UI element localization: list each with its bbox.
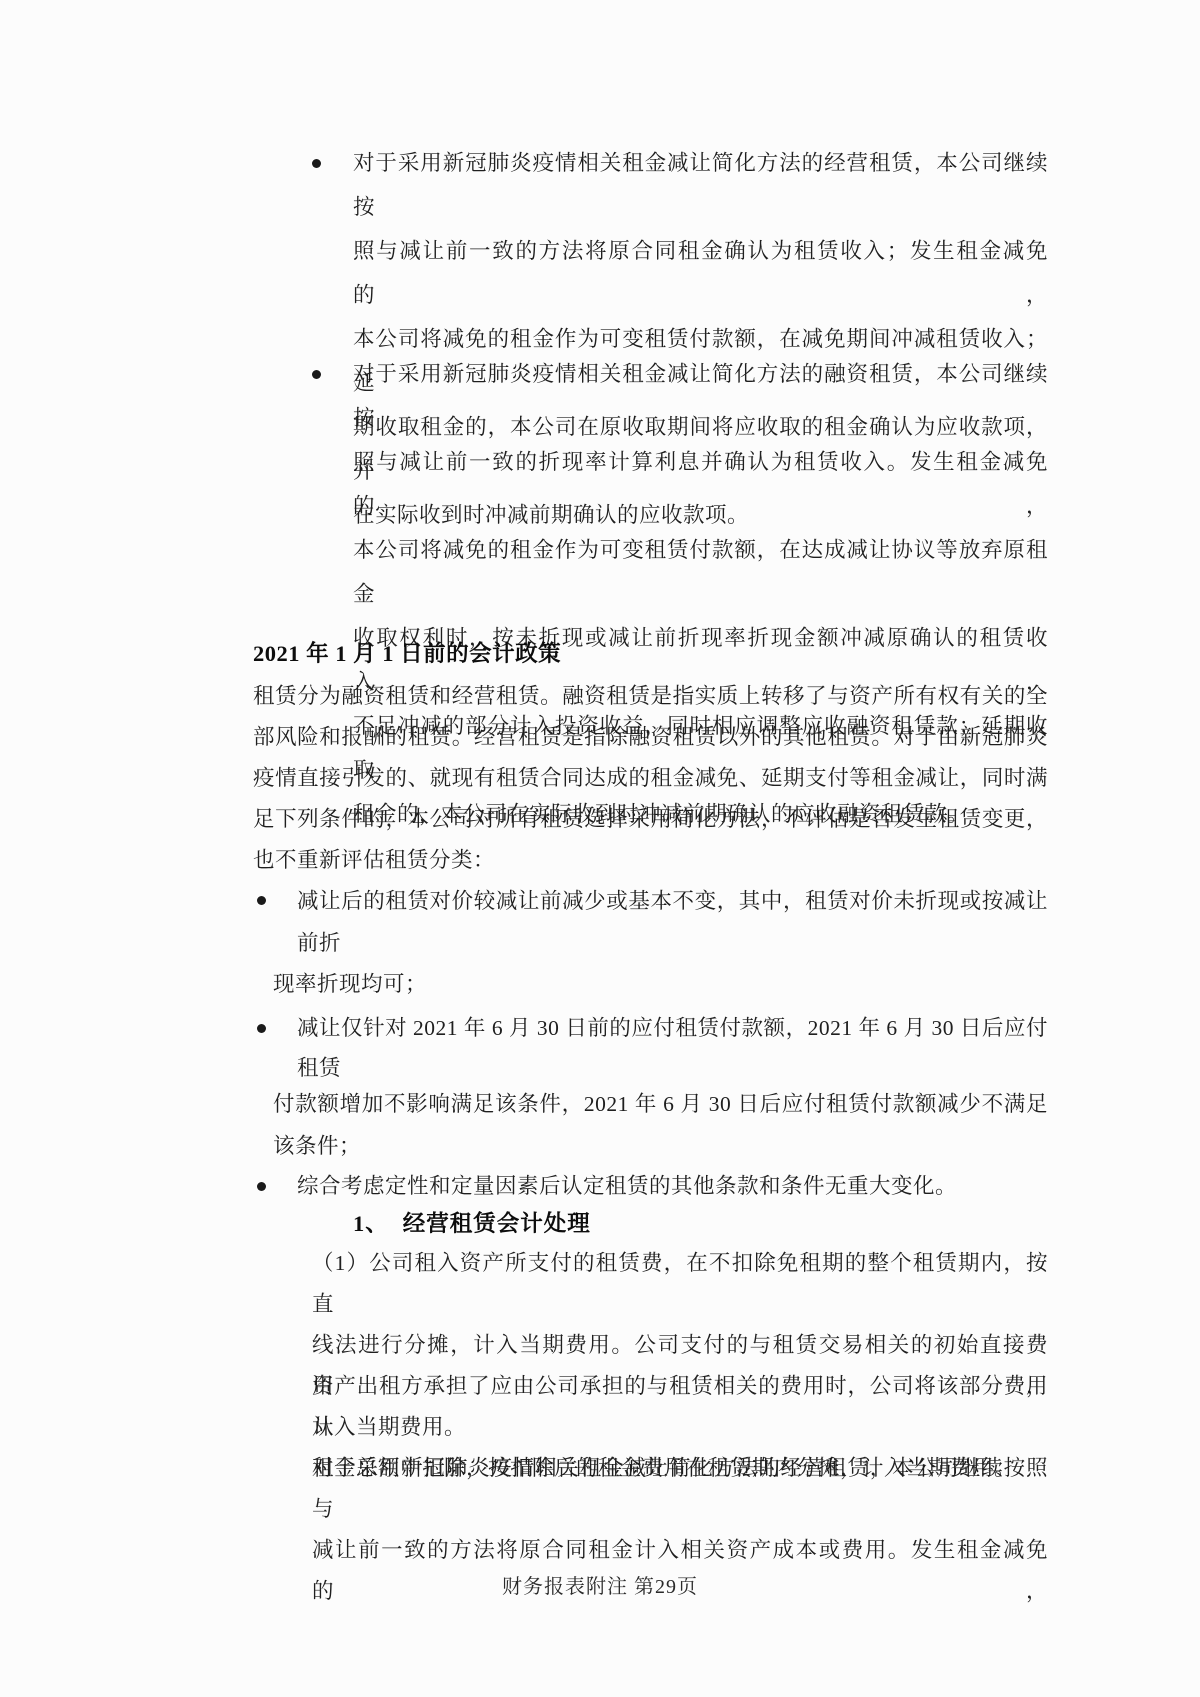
numbered-heading: 1、经营租赁会计处理 (353, 1210, 591, 1238)
section-heading: 2021 年 1 月 1 日前的会计政策 (253, 640, 561, 668)
bullet-icon (312, 159, 321, 168)
text-line: 本公司将减免的租金作为可变租赁付款额，在达成减让协议等放弃原租金 (353, 528, 1048, 616)
text-line: 对于采用新冠肺炎疫情相关租金减让简化方法的经营租赁，本公司继续按 (353, 141, 1048, 229)
text-line: 综合考虑定性和定量因素后认定租赁的其他条款和条件无重大变化。 (297, 1166, 1048, 1206)
bullet-continuation: 现率折现均可； (273, 963, 1048, 1005)
bullet-continuation: 付款额增加不影响满足该条件，2021 年 6 月 30 日后应付租赁付款额减少不… (273, 1083, 1048, 1167)
text-line: 也不重新评估租赁分类： (253, 840, 1048, 881)
text-line: 减让仅针对 2021 年 6 月 30 日前的应付租赁付款额，2021 年 6 … (297, 1008, 1048, 1048)
document-page: 对于采用新冠肺炎疫情相关租金减让简化方法的经营租赁，本公司继续按 照与减让前一致… (0, 0, 1200, 1697)
bullet-icon (257, 896, 266, 905)
heading-title: 经营租赁会计处理 (403, 1211, 591, 1236)
footer-page-label: 财务报表附注 第29页 (0, 1570, 1200, 1599)
text-line: 对于采用新冠肺炎疫情相关租金减让简化方法的融资租赁，本公司继续按 (353, 352, 1048, 440)
text-line: 疫情直接引发的、就现有租赁合同达成的租金减免、延期支付等租金减让，同时满 (253, 758, 1048, 799)
bullet-icon (257, 1024, 266, 1033)
paragraph: 租赁分为融资租赁和经营租赁。融资租赁是指实质上转移了与资产所有权有关的全 部风险… (253, 676, 1048, 881)
bullet-icon (312, 370, 321, 379)
heading-number: 1、 (353, 1210, 389, 1238)
bullet-item: 减让后的租赁对价较减让前减少或基本不变，其中，租赁对价未折现或按减让 前折 (297, 880, 1048, 964)
text-line: 减让后的租赁对价较减让前减少或基本不变，其中，租赁对价未折现或按减让 (297, 880, 1048, 922)
text-line: 照与减让前一致的方法将原合同租金确认为租赁收入；发生租金减免的， (353, 229, 1048, 317)
text-line: （1）公司租入资产所支付的租赁费，在不扣除免租期的整个租赁期内，按直 (312, 1243, 1048, 1325)
bullet-icon (257, 1182, 266, 1191)
text-line: 现率折现均可； (273, 963, 1048, 1005)
text-line: 前折 (297, 922, 1048, 964)
text-line: 照与减让前一致的折现率计算利息并确认为租赁收入。发生租金减免的， (353, 440, 1048, 528)
text-line: 该条件； (273, 1125, 1048, 1167)
text-line: 租赁 (297, 1048, 1048, 1088)
bullet-item: 综合考虑定性和定量因素后认定租赁的其他条款和条件无重大变化。 (297, 1166, 1048, 1206)
text-line: 付款额增加不影响满足该条件，2021 年 6 月 30 日后应付租赁付款额减少不… (273, 1083, 1048, 1125)
bullet-item: 减让仅针对 2021 年 6 月 30 日前的应付租赁付款额，2021 年 6 … (297, 1008, 1048, 1088)
text-line: 足下列条件的，本公司对所有租赁选择采用简化方法，不评估是否发生租赁变更， (253, 799, 1048, 840)
text-line: 资产出租方承担了应由公司承担的与租赁相关的费用时，公司将该部分费用从 (312, 1366, 1048, 1448)
text-line: 对于采用新冠肺炎疫情相关租金减让简化方法的经营租赁，本公司继续按照与 (312, 1448, 1048, 1530)
text-line: 部风险和报酬的租赁。经营租赁是指除融资租赁以外的其他租赁。对于由新冠肺炎 (253, 717, 1048, 758)
text-line: 租赁分为融资租赁和经营租赁。融资租赁是指实质上转移了与资产所有权有关的全 (253, 676, 1048, 717)
